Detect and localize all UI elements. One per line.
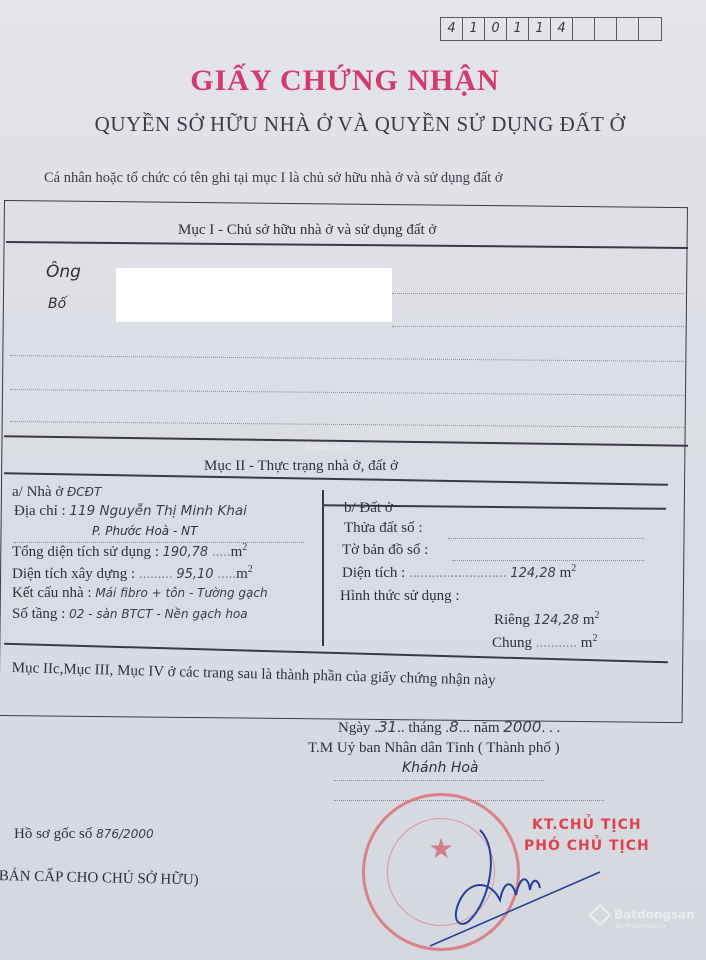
document-subtitle: QUYỀN SỞ HỮU NHÀ Ở VÀ QUYỀN SỬ DỤNG ĐẤT … <box>0 112 706 137</box>
serial-digit: 1 <box>463 18 485 40</box>
brand-logo-icon <box>589 904 612 927</box>
section1-heading: Mục I - Chủ sở hữu nhà ở và sử dụng đất … <box>178 222 436 239</box>
section2-heading: Mục II - Thực trạng nhà ở, đất ở <box>204 458 398 475</box>
serial-digit <box>639 18 661 40</box>
issue-date: Ngày .31.. tháng .8... năm 2000. . . <box>338 718 560 737</box>
structure-row: Kết cấu nhà : Mái fibro + tôn - Tường gạ… <box>12 585 268 602</box>
redacted-owner-name <box>116 268 392 322</box>
copy-note: (BẢN CẤP CHO CHỦ SỞ HỮU) <box>0 868 199 889</box>
structure-value: Mái fibro + tôn - Tường gạch <box>95 586 267 600</box>
owner-prefix-1: Ông <box>46 262 81 282</box>
address-line2: P. Phước Hoà - NT <box>92 524 197 538</box>
dotted-line <box>392 326 684 327</box>
address-line1: 119 Nguyễn Thị Minh Khai <box>69 503 247 519</box>
province-name: Khánh Hoà <box>402 760 479 776</box>
serial-digit: 4 <box>551 18 573 40</box>
dotted-line <box>334 780 544 781</box>
total-area-value: 190,78 <box>163 545 209 560</box>
serial-digit <box>595 18 617 40</box>
serial-digit: 4 <box>441 18 463 40</box>
land-label: b/ Đất ở <box>344 500 393 517</box>
built-area-row: Diện tích xây dựng : ......... 95,10 ...… <box>12 564 253 583</box>
serial-digit <box>617 18 639 40</box>
house-label: a/ Nhà ở ĐCĐT <box>12 484 101 501</box>
floors-row: Số tầng : 02 - sàn BTCT - Nền gạch hoa <box>12 606 248 623</box>
file-number-row: Hồ sơ gốc số 876/2000 <box>14 826 154 843</box>
map-sheet-label: Tờ bản đồ số : <box>342 542 428 559</box>
serial-digit <box>573 18 595 40</box>
dotted-line <box>392 293 684 294</box>
shared-area-row: Chung ........... m2 <box>492 633 597 652</box>
owner-prefix-2: Bố <box>48 296 66 312</box>
watermark-faint: Batdongsan <box>305 443 353 452</box>
column-divider <box>322 490 324 646</box>
certificate-page: 4 1 0 1 1 4 GIẤY CHỨNG NHẬN QUYỀN SỞ HỮU… <box>0 0 706 960</box>
built-area-value: 95,10 <box>176 567 213 582</box>
private-area-row: Riêng 124,28 m2 <box>494 610 600 629</box>
usage-label: Hình thức sử dụng : <box>340 588 460 605</box>
intro-text: Cá nhân hoặc tổ chức có tên ghi tại mục … <box>44 170 503 187</box>
land-area-value: 124,28 <box>510 566 556 581</box>
map-sheet-value-line <box>452 560 644 561</box>
floors-value: 02 - sàn BTCT - Nền gạch hoa <box>69 607 248 621</box>
signature <box>420 820 620 950</box>
serial-digit: 0 <box>485 18 507 40</box>
house-label-note: ĐCĐT <box>67 485 101 499</box>
serial-digit: 1 <box>529 18 551 40</box>
watermark: Batdongsan by PropertyGuru <box>592 907 695 930</box>
serial-number-boxes: 4 1 0 1 1 4 <box>440 17 662 41</box>
document-title: GIẤY CHỨNG NHẬN <box>0 64 690 98</box>
parcel-value-line <box>448 538 644 539</box>
file-number: 876/2000 <box>96 827 154 841</box>
address-row: Địa chỉ : 119 Nguyễn Thị Minh Khai <box>14 503 247 520</box>
committee-line: T.M Uỷ ban Nhân dân Tỉnh ( Thành phố ) <box>308 740 560 757</box>
private-area-value: 124,28 <box>534 613 580 628</box>
serial-digit: 1 <box>507 18 529 40</box>
total-area-row: Tổng diện tích sử dụng : 190,78 .....m2 <box>12 542 247 561</box>
parcel-label: Thửa đất số : <box>344 520 423 537</box>
land-area-row: Diện tích : .......................... 1… <box>342 563 576 582</box>
